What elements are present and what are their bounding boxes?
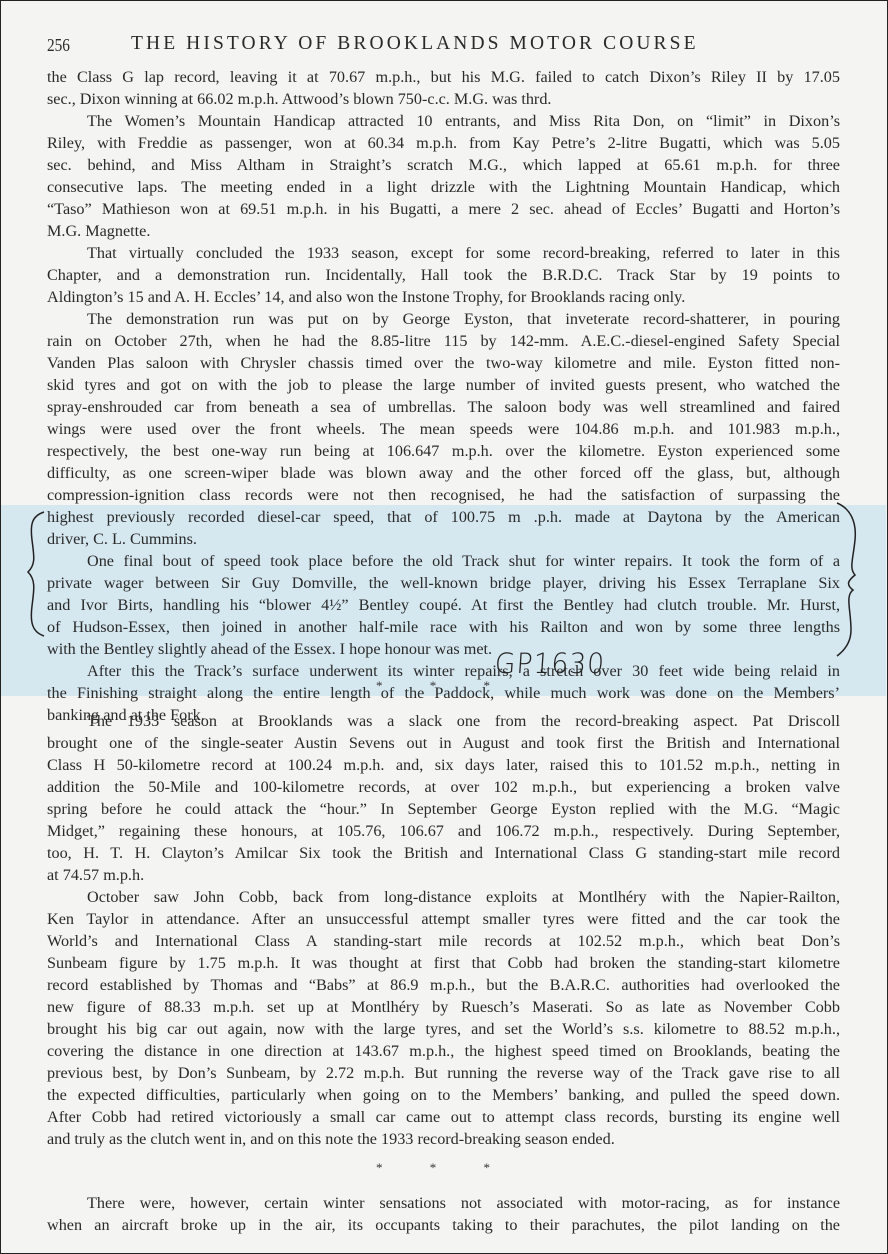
text-line: when an aircraft broke up in the air, it… xyxy=(47,1214,840,1236)
text-line: The 1933 season at Brooklands was a slac… xyxy=(87,710,840,732)
text-line: Aldington’s 15 and A. H. Eccles’ 14, and… xyxy=(47,286,840,308)
text-line: and Ivor Birts, handling his “blower 4½”… xyxy=(47,594,840,616)
text-line: too, H. T. H. Clayton’s Amilcar Six took… xyxy=(47,842,840,864)
text-line: spring before he could attack the “hour.… xyxy=(47,798,840,820)
page-number: 256 xyxy=(47,35,70,56)
text-line: and truly as the clutch went in, and on … xyxy=(47,1128,840,1150)
text-line: After Cobb had retired victoriously a sm… xyxy=(47,1106,840,1128)
page-header: 256 THE HISTORY OF BROOKLANDS MOTOR COUR… xyxy=(47,30,847,60)
text-line: The Women’s Mountain Handicap attracted … xyxy=(87,110,840,132)
text-line: covering the distance in one direction a… xyxy=(47,1040,840,1062)
text-line: compression-ignition class records were … xyxy=(47,484,840,506)
text-line: skid tyres and got on with the job to pl… xyxy=(47,374,840,396)
text-line: difficulty, as one screen-wiper blade wa… xyxy=(47,462,840,484)
text-line: M.G. Magnette. xyxy=(47,220,840,242)
text-line: the Class G lap record, leaving it at 70… xyxy=(47,66,840,88)
handwritten-note: GP1630 xyxy=(494,647,606,680)
text-line: record established by Thomas and “Babs” … xyxy=(47,974,840,996)
text-line: The demonstration run was put on by Geor… xyxy=(87,308,840,330)
running-title: THE HISTORY OF BROOKLANDS MOTOR COURSE xyxy=(131,33,699,55)
text-line: consecutive laps. The meeting ended in a… xyxy=(47,176,840,198)
text-line: Chapter, and a demonstration run. Incide… xyxy=(47,264,840,286)
text-line: respectively, the best one-way run being… xyxy=(47,440,840,462)
text-line: the expected difficulties, particularly … xyxy=(47,1084,840,1106)
text-line: Midget,” regaining these honours, at 105… xyxy=(47,820,840,842)
text-line: of Hudson-Essex, then joined in another … xyxy=(47,616,840,638)
text-line: previous best, by Don’s Sunbeam, by 2.72… xyxy=(47,1062,840,1084)
text-line: addition the 50-Mile and 100-kilometre r… xyxy=(47,776,840,798)
text-line: There were, however, certain winter sens… xyxy=(87,1192,840,1214)
text-line: Vanden Plas saloon with Chrysler chassis… xyxy=(47,352,840,374)
text-line: That virtually concluded the 1933 season… xyxy=(87,242,840,264)
text-line: rain on October 27th, when he had the 8.… xyxy=(47,330,840,352)
text-line: sec., Dixon winning at 66.02 m.p.h. Attw… xyxy=(47,88,840,110)
text-line: Riley, with Freddie as passenger, won at… xyxy=(47,132,840,154)
text-line: sec. behind, and Miss Altham in Straight… xyxy=(47,154,840,176)
text-line: Sunbeam figure by 1.75 m.p.h. It was tho… xyxy=(47,952,840,974)
text-line: October saw John Cobb, back from long-di… xyxy=(87,886,840,908)
text-line: driver, C. L. Cummins. xyxy=(47,528,840,550)
text-line: with the Bentley slightly ahead of the E… xyxy=(47,638,840,660)
text-line: One final bout of speed took place befor… xyxy=(87,550,840,572)
text-line: Ken Taylor in attendance. After an unsuc… xyxy=(47,908,840,930)
text-line: at 74.57 m.p.h. xyxy=(47,864,840,886)
left-brace-annotation xyxy=(22,510,52,640)
text-line: “Taso” Mathieson won at 69.51 m.p.h. in … xyxy=(47,198,840,220)
text-line: brought his big car out again, now with … xyxy=(47,1018,840,1040)
text-line: new figure of 88.33 m.p.h. set up at Mon… xyxy=(47,996,840,1018)
text-line: highest previously recorded diesel-car s… xyxy=(47,506,840,528)
text-line: World’s and International Class A standi… xyxy=(47,930,840,952)
section-break: * * * xyxy=(0,678,888,694)
section-break: * * * xyxy=(0,1160,888,1176)
text-line: brought one of the single-seater Austin … xyxy=(47,732,840,754)
text-line: Class H 50-kilometre record at 100.24 m.… xyxy=(47,754,840,776)
text-line: spray-enshrouded car from beneath a sea … xyxy=(47,396,840,418)
text-line: wings were used over the front wheels. T… xyxy=(47,418,840,440)
right-brace-annotation xyxy=(835,500,865,660)
text-line: private wager between Sir Guy Domville, … xyxy=(47,572,840,594)
